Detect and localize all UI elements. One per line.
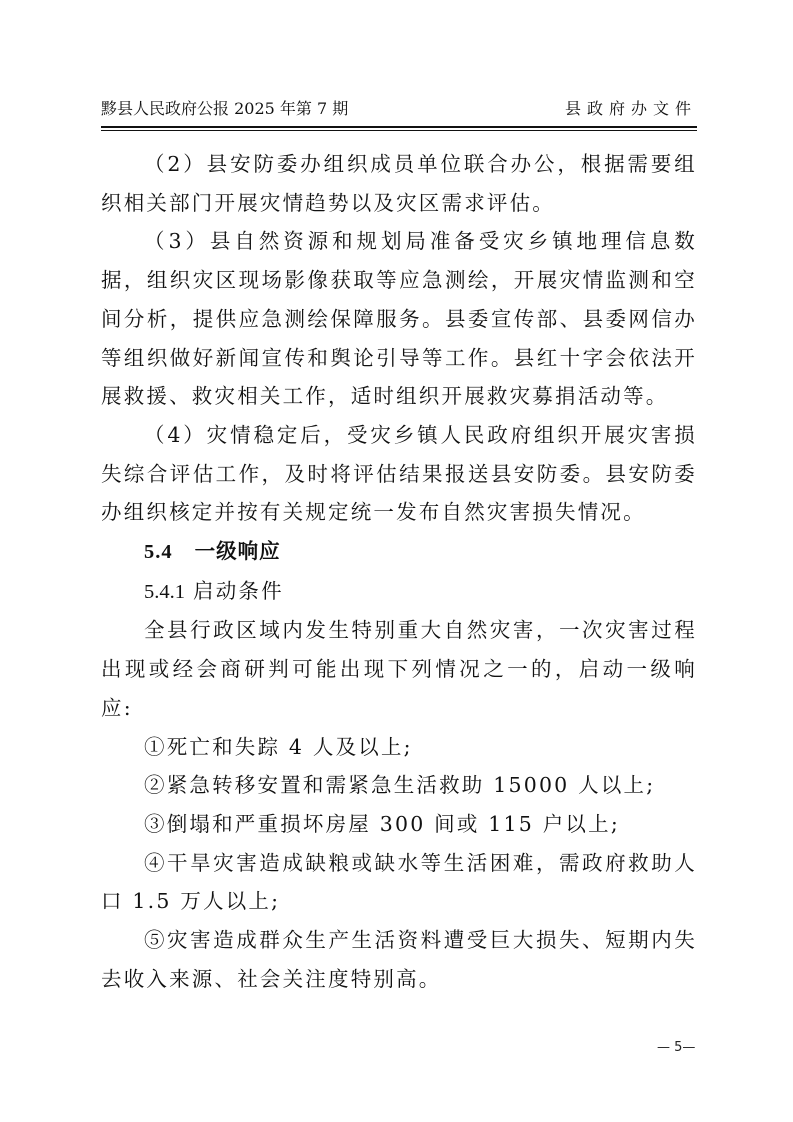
section-title: 一级响应 xyxy=(195,539,281,563)
condition-item: ④干旱灾害造成缺粮或缺水等生活困难，需政府救助人口 1.5 万人以上; xyxy=(101,844,697,921)
paragraph-3: （3）县自然资源和规划局准备受灾乡镇地理信息数据，组织灾区现场影像获取等应急测绘… xyxy=(101,222,697,416)
intro-paragraph: 全县行政区域内发生特别重大自然灾害，一次灾害过程出现或经会商研判可能出现下列情况… xyxy=(101,611,697,727)
condition-item: ⑤灾害造成群众生产生活资料遭受巨大损失、短期内失去收入来源、社会关注度特别高。 xyxy=(101,921,697,998)
section-heading: 5.4一级响应 xyxy=(101,532,697,572)
document-category: 县政府办文件 xyxy=(565,96,697,119)
paragraph-2: （2）县安防委办组织成员单位联合办公，根据需要组织相关部门开展灾情趋势以及灾区需… xyxy=(101,145,697,222)
condition-item: ②紧急转移安置和需紧急生活救助 15000 人以上; xyxy=(101,766,697,805)
publication-title: 黟县人民政府公报 2025 年第 7 期 xyxy=(101,96,348,119)
page-number: — 5— xyxy=(657,1040,695,1055)
document-body: （2）县安防委办组织成员单位联合办公，根据需要组织相关部门开展灾情趋势以及灾区需… xyxy=(101,145,697,998)
condition-item: ①死亡和失踪 4 人及以上; xyxy=(101,728,697,767)
subsection-heading: 5.4.1启动条件 xyxy=(101,572,697,612)
header-rule-thick xyxy=(101,126,697,128)
subsection-title: 启动条件 xyxy=(193,579,284,603)
paragraph-4: （4）灾情稳定后，受灾乡镇人民政府组织开展灾害损失综合评估工作，及时将评估结果报… xyxy=(101,416,697,532)
condition-item: ③倒塌和严重损坏房屋 300 间或 115 户以上; xyxy=(101,805,697,844)
subsection-number: 5.4.1 xyxy=(144,581,185,603)
header-rule-thin xyxy=(101,130,697,131)
page-header: 黟县人民政府公报 2025 年第 7 期 县政府办文件 xyxy=(101,90,697,124)
section-number: 5.4 xyxy=(144,541,173,563)
